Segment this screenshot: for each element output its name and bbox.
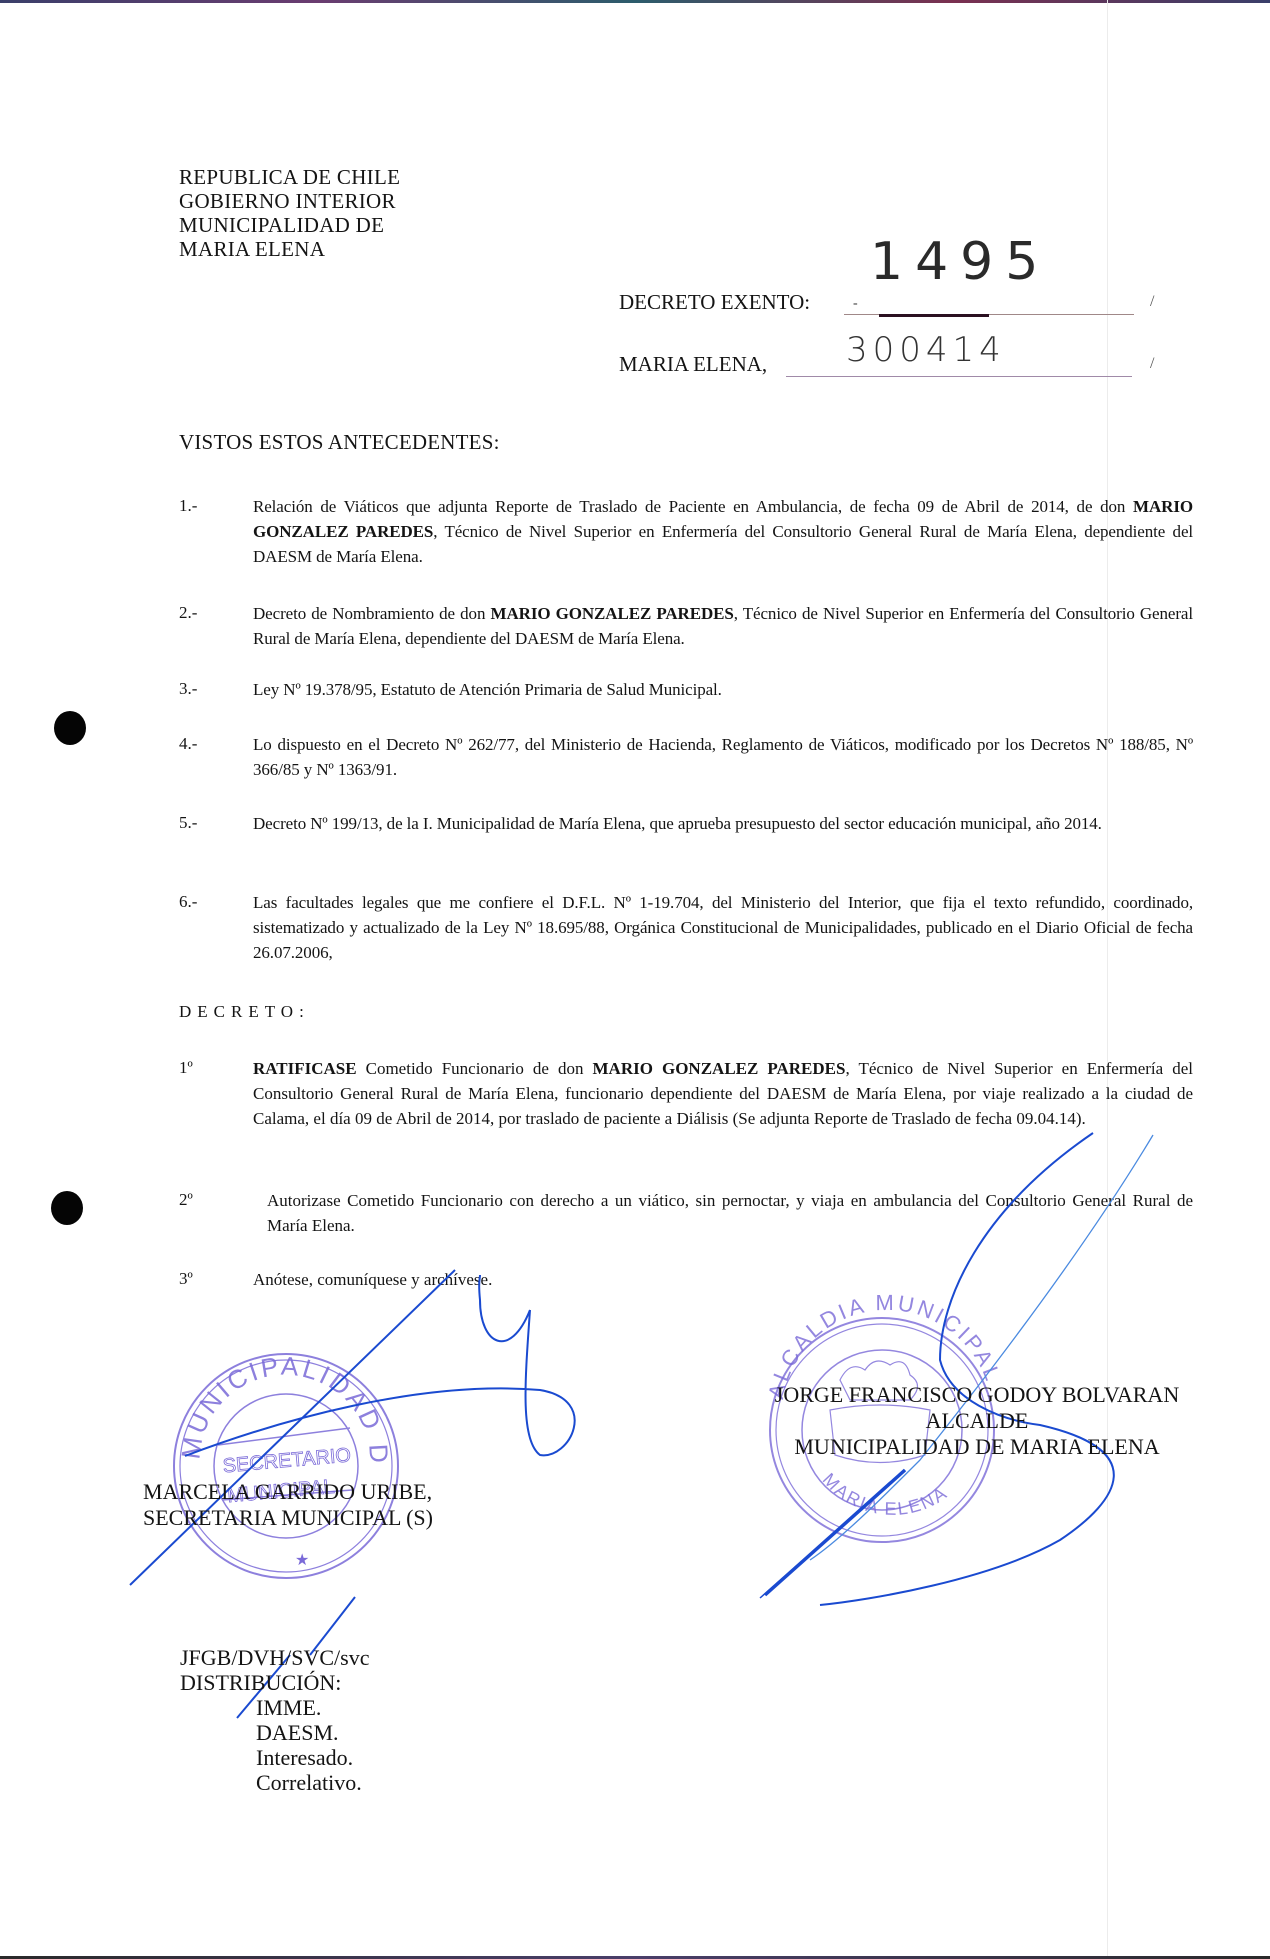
letterhead-line: GOBIERNO INTERIOR	[179, 189, 400, 213]
reference-initials: JFGB/DVH/SVC/svc	[180, 1645, 369, 1670]
distribution-list: IMME. DAESM. Interesado. Correlativo.	[256, 1695, 362, 1795]
signer-right-role: ALCALDE	[762, 1408, 1192, 1434]
date-slash: /	[1150, 355, 1154, 373]
seal-right-bottom-text: MARIA ELENA	[819, 1469, 952, 1519]
decree-dash: -	[853, 296, 858, 312]
letterhead: REPUBLICA DE CHILE GOBIERNO INTERIOR MUN…	[179, 165, 400, 261]
resolution-text: Anótese, comuníquese y archívese.	[253, 1267, 1193, 1292]
letterhead-line: MUNICIPALIDAD DE	[179, 213, 400, 237]
resolution-text: Autorizase Cometido Funcionario con dere…	[267, 1188, 1193, 1238]
resolution-number: 1º	[179, 1058, 193, 1078]
date-line	[786, 376, 1132, 377]
decree-number-stamp: 1495	[870, 232, 1050, 292]
resolution-number: 2º	[179, 1190, 193, 1210]
decree-slash: /	[1150, 293, 1154, 311]
resolution-text: RATIFICASE Cometido Funcionario de don M…	[253, 1056, 1193, 1131]
signer-left-name: MARCELA GARRIDO URIBE,	[143, 1479, 433, 1505]
signer-right: JORGE FRANCISCO GODOY BOLVARAN ALCALDE M…	[762, 1382, 1192, 1460]
letterhead-line: REPUBLICA DE CHILE	[179, 165, 400, 189]
signer-left: MARCELA GARRIDO URIBE, SECRETARIA MUNICI…	[143, 1479, 433, 1531]
decreto-title: DECRETO:	[179, 1002, 310, 1022]
item-number: 1.-	[179, 496, 197, 516]
item-text: Ley Nº 19.378/95, Estatuto de Atención P…	[253, 677, 1193, 702]
footer-refs: JFGB/DVH/SVC/svc DISTRIBUCIÓN:	[180, 1645, 369, 1695]
scan-fold-line	[1107, 0, 1108, 1959]
distribution-item: IMME.	[256, 1695, 362, 1720]
seal-secretaria	[174, 1354, 398, 1578]
item-number: 2.-	[179, 603, 197, 623]
signer-left-role: SECRETARIA MUNICIPAL (S)	[143, 1505, 433, 1531]
resolution-number: 3º	[179, 1269, 193, 1289]
punch-hole-bottom	[51, 1191, 83, 1225]
distribution-item: DAESM.	[256, 1720, 362, 1745]
place-label: MARIA ELENA,	[619, 352, 767, 377]
punch-hole-top	[54, 711, 86, 745]
item-number: 3.-	[179, 679, 197, 699]
item-text: Relación de Viáticos que adjunta Reporte…	[253, 494, 1193, 569]
scan-edge-top	[0, 0, 1270, 3]
decree-date-stamp: 300414	[846, 330, 1006, 370]
decree-label: DECRETO EXENTO:	[619, 290, 810, 315]
distribution-label: DISTRIBUCIÓN:	[180, 1670, 369, 1695]
signer-right-name: JORGE FRANCISCO GODOY BOLVARAN	[762, 1382, 1192, 1408]
item-text: Decreto Nº 199/13, de la I. Municipalida…	[253, 811, 1193, 836]
distribution-item: Interesado.	[256, 1745, 362, 1770]
item-text: Lo dispuesto en el Decreto Nº 262/77, de…	[253, 732, 1193, 782]
item-number: 6.-	[179, 892, 197, 912]
item-text: Las facultades legales que me confiere e…	[253, 890, 1193, 965]
decree-number-underline	[879, 314, 989, 317]
signer-right-org: MUNICIPALIDAD DE MARIA ELENA	[762, 1434, 1192, 1460]
item-number: 4.-	[179, 734, 197, 754]
item-text: Decreto de Nombramiento de don MARIO GON…	[253, 601, 1193, 651]
vistos-title: VISTOS ESTOS ANTECEDENTES:	[179, 430, 500, 455]
star-icon: ★	[295, 1550, 309, 1569]
letterhead-line: MARIA ELENA	[179, 237, 400, 261]
seal-left-inner-text: SECRETARIO	[222, 1444, 352, 1477]
distribution-item: Correlativo.	[256, 1770, 362, 1795]
item-number: 5.-	[179, 813, 197, 833]
